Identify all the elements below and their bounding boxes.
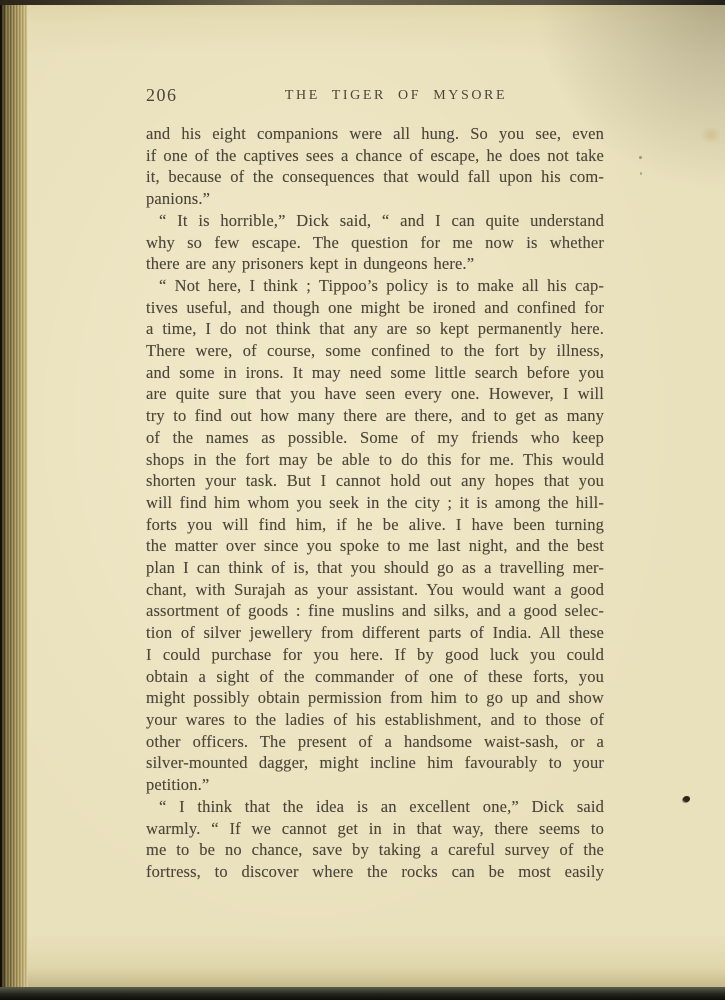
text-line: There were, of course, some confined to …: [146, 340, 604, 362]
page-stack-edges: [0, 0, 28, 1000]
text-line: “ I think that the idea is an excellent …: [146, 796, 604, 818]
text-line: other officers. The present of a handsom…: [146, 731, 604, 753]
page-number: 206: [146, 85, 178, 106]
text-line: warmly. “ If we cannot get in in that wa…: [146, 818, 604, 840]
text-line: if one of the captives sees a chance of …: [146, 145, 604, 167]
text-line: me to be no chance, save by taking a car…: [146, 839, 604, 861]
book-page-scan: 206 THE TIGER OF MYSORE and his eight co…: [0, 0, 725, 1000]
text-line: forts you will find him, if he be alive.…: [146, 514, 604, 536]
text-line: plan I can think of is, that you should …: [146, 557, 604, 579]
book-cover-top-edge: [0, 0, 725, 5]
paragraph: “ It is horrible,” Dick said, “ and I ca…: [146, 210, 604, 275]
text-line: there are any prisoners kept in dungeons…: [146, 253, 604, 275]
text-line: shorten your task. But I cannot hold out…: [146, 470, 604, 492]
running-header: 206 THE TIGER OF MYSORE: [146, 85, 604, 109]
paper-stain: [700, 126, 722, 144]
paragraph: “ Not here, I think ; Tippoo’s policy is…: [146, 275, 604, 796]
text-line: assortment of goods : fine muslins and s…: [146, 600, 604, 622]
book-cover-bottom-edge: [0, 987, 725, 1000]
text-line: try to find out how many there are there…: [146, 405, 604, 427]
paragraph: and his eight companions were all hung. …: [146, 123, 604, 210]
text-line: and some in irons. It may need some litt…: [146, 362, 604, 384]
text-line: will find him whom you seek in the city …: [146, 492, 604, 514]
text-line: it, because of the consequences that wou…: [146, 166, 604, 188]
text-line: are quite sure that you have seen every …: [146, 383, 604, 405]
text-line: chant, with Surajah as your assistant. Y…: [146, 579, 604, 601]
running-header-title: THE TIGER OF MYSORE: [285, 88, 507, 104]
text-line: and his eight companions were all hung. …: [146, 123, 604, 145]
ink-speck-small: [640, 172, 642, 175]
text-line: panions.”: [146, 188, 604, 210]
page-bottom-shading: [0, 935, 725, 990]
text-line: tion of silver jewellery from different …: [146, 622, 604, 644]
ink-speck-small: [639, 156, 642, 159]
text-line: a time, I do not think that any are so k…: [146, 318, 604, 340]
text-line: silver-mounted dagger, might incline him…: [146, 752, 604, 774]
text-line: of the names as possible. Some of my fri…: [146, 427, 604, 449]
text-line: “ Not here, I think ; Tippoo’s policy is…: [146, 275, 604, 297]
text-line: petition.”: [146, 774, 604, 796]
page-body: and his eight companions were all hung. …: [146, 123, 604, 883]
text-line: shops in the fort may be able to do this…: [146, 449, 604, 471]
paragraph: “ I think that the idea is an excellent …: [146, 796, 604, 883]
ink-speck: [683, 796, 690, 802]
text-line: tives useful, and though one might be ir…: [146, 297, 604, 319]
text-line: obtain a sight of the commander of one o…: [146, 666, 604, 688]
text-line: the matter over since you spoke to me la…: [146, 535, 604, 557]
text-line: “ It is horrible,” Dick said, “ and I ca…: [146, 210, 604, 232]
text-line: I could purchase for you here. If by goo…: [146, 644, 604, 666]
text-line: why so few escape. The question for me n…: [146, 232, 604, 254]
text-line: your wares to the ladies of his establis…: [146, 709, 604, 731]
text-line: might possibly obtain permission from hi…: [146, 687, 604, 709]
text-line: fortress, to discover where the rocks ca…: [146, 861, 604, 883]
